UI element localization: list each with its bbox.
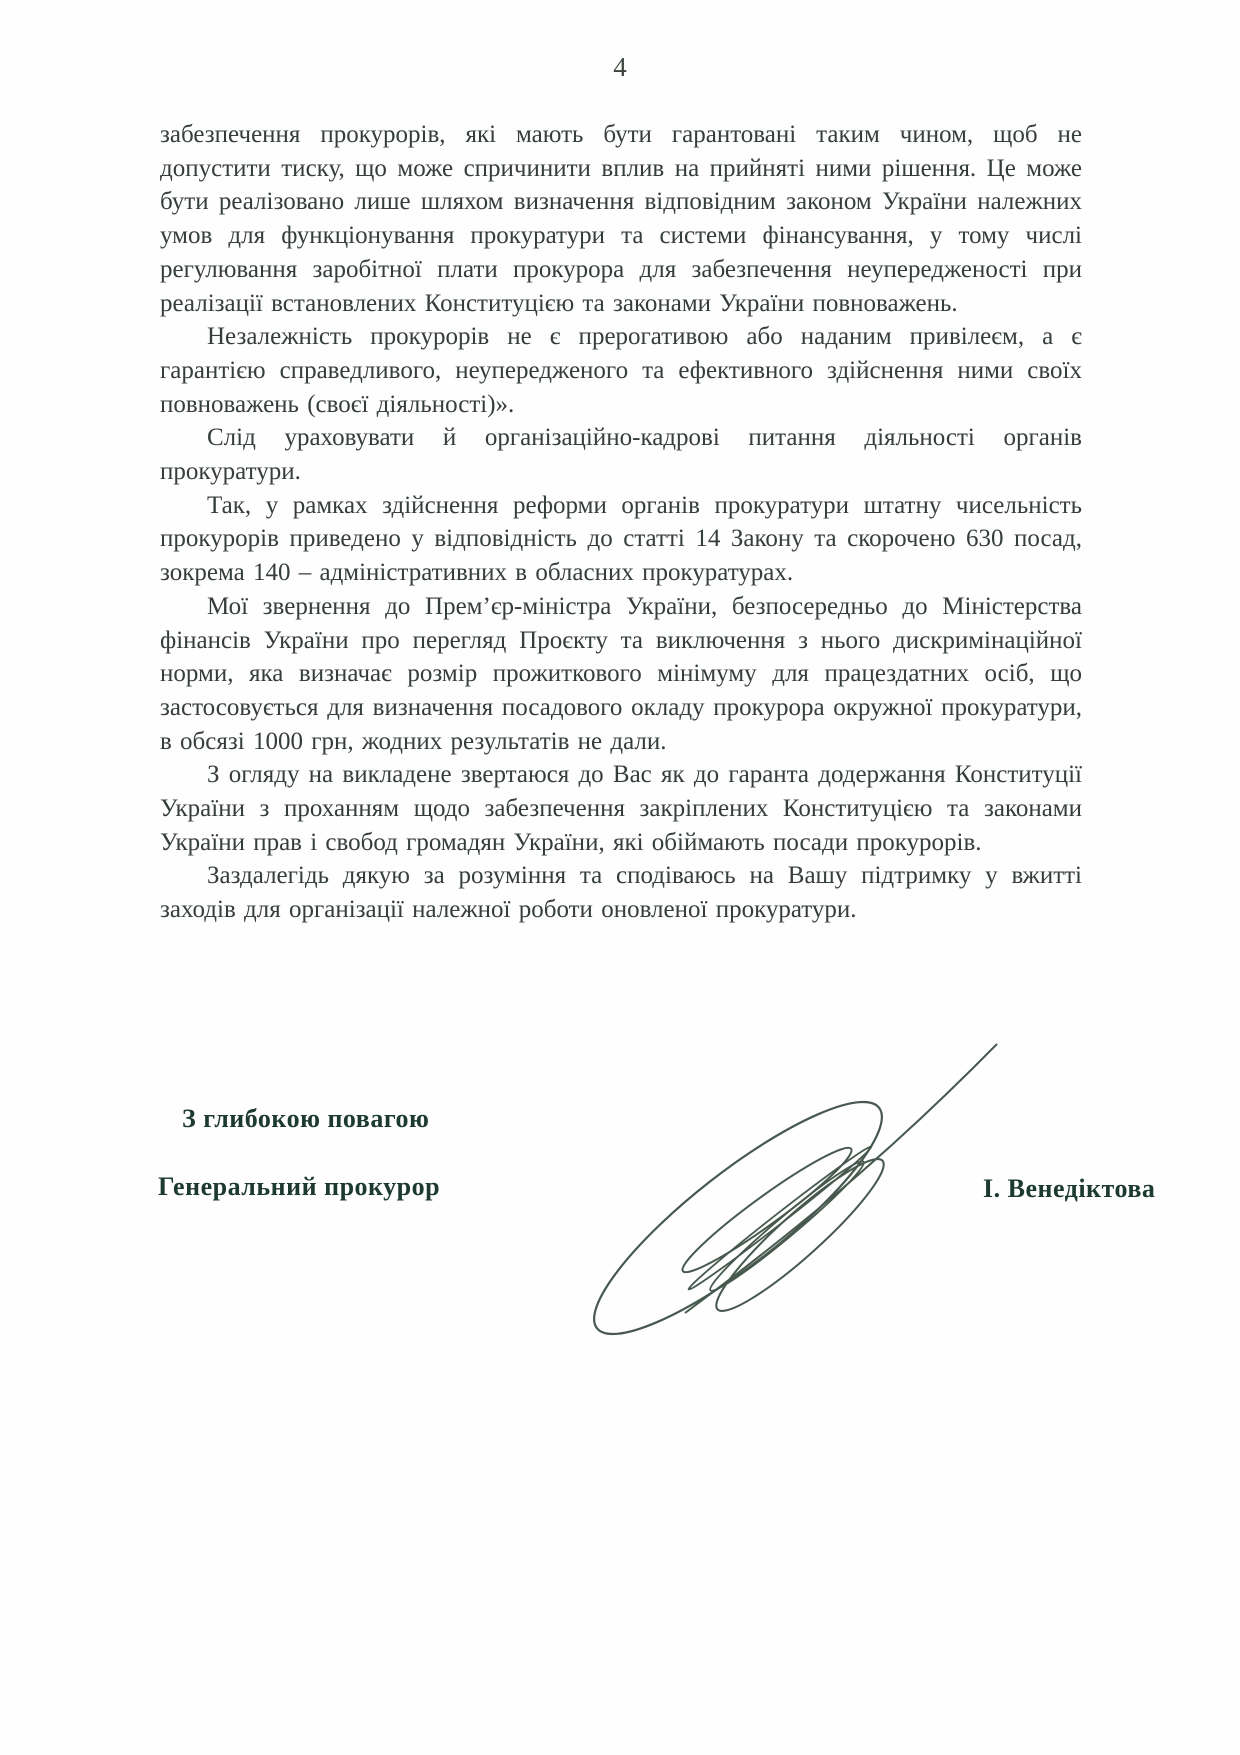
paragraph: Заздалегідь дякую за розуміння та сподів… xyxy=(160,859,1082,926)
paragraph: Незалежність прокурорів не є прерогативо… xyxy=(160,320,1082,421)
signer-title: Генеральний прокурор xyxy=(158,1172,440,1202)
document-body: забезпечення прокурорів, які мають бути … xyxy=(160,118,1082,927)
document-page: 4 забезпечення прокурорів, які мають бут… xyxy=(0,0,1240,1755)
signature-icon xyxy=(545,1018,1015,1358)
paragraph: З огляду на викладене звертаюся до Вас я… xyxy=(160,758,1082,859)
closing-salutation: З глибокою повагою xyxy=(182,1104,429,1134)
paragraph: Мої звернення до Прем’єр-міністра Україн… xyxy=(160,590,1082,759)
page-number: 4 xyxy=(0,52,1240,83)
paragraph: забезпечення прокурорів, які мають бути … xyxy=(160,118,1082,320)
paragraph: Так, у рамках здійснення реформи органів… xyxy=(160,489,1082,590)
paragraph: Слід ураховувати й організаційно-кадрові… xyxy=(160,421,1082,488)
